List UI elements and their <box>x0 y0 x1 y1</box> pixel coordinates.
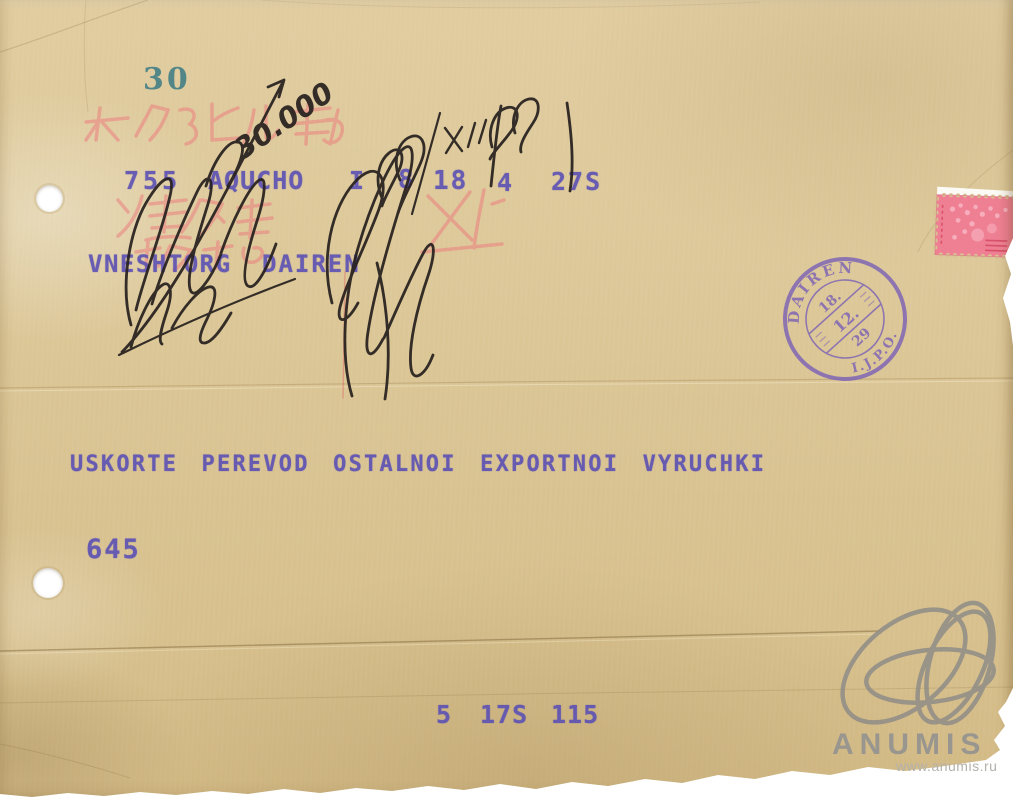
postmark-dairen: 18. 12. 29 DAIREN I.J.P.O. <box>775 249 915 389</box>
watermark-url-text: www.anumis.ru <box>896 758 997 774</box>
typed-header-office: AQUCHO <box>208 166 304 195</box>
typed-footer-group3: 115 <box>551 700 599 729</box>
anumis-logo-icon <box>830 596 1024 728</box>
postage-stamp <box>933 187 1021 262</box>
watermark-brand-text: ANUMIS <box>832 728 986 762</box>
typed-header-group2: 8 <box>398 165 414 195</box>
typed-header-group1: I <box>349 166 364 195</box>
punch-hole-bottom <box>33 568 63 598</box>
typed-header-group4: 4 <box>497 168 512 197</box>
typed-message-line: USKORTE PEREVOD OSTALNOI EXPORTNOI VYRUC… <box>70 452 766 477</box>
typed-ref-number: 645 <box>86 534 141 565</box>
handwritten-amount: 30.000 <box>228 75 340 166</box>
punch-hole-top <box>36 185 63 212</box>
typed-footer-group2: 17S <box>480 700 528 729</box>
watermark: ANUMIS www.anumis.ru <box>830 596 1024 796</box>
arrow-up-right <box>122 80 284 352</box>
typed-recipient-org: VNESHTORG <box>88 250 232 278</box>
scanned-telegram: 30 755 AQUCHO I 8 18 4 27S VNESHTORG DAI… <box>0 0 1024 803</box>
typed-header-group3: 18 <box>433 166 468 196</box>
typed-recipient-city: DAIREN <box>262 250 361 278</box>
typed-header-serial: 755 <box>124 166 181 195</box>
typed-header-group5: 27S <box>551 167 602 196</box>
control-number-stamp: 30 <box>143 62 191 97</box>
typed-footer-group1: 5 <box>436 700 451 729</box>
